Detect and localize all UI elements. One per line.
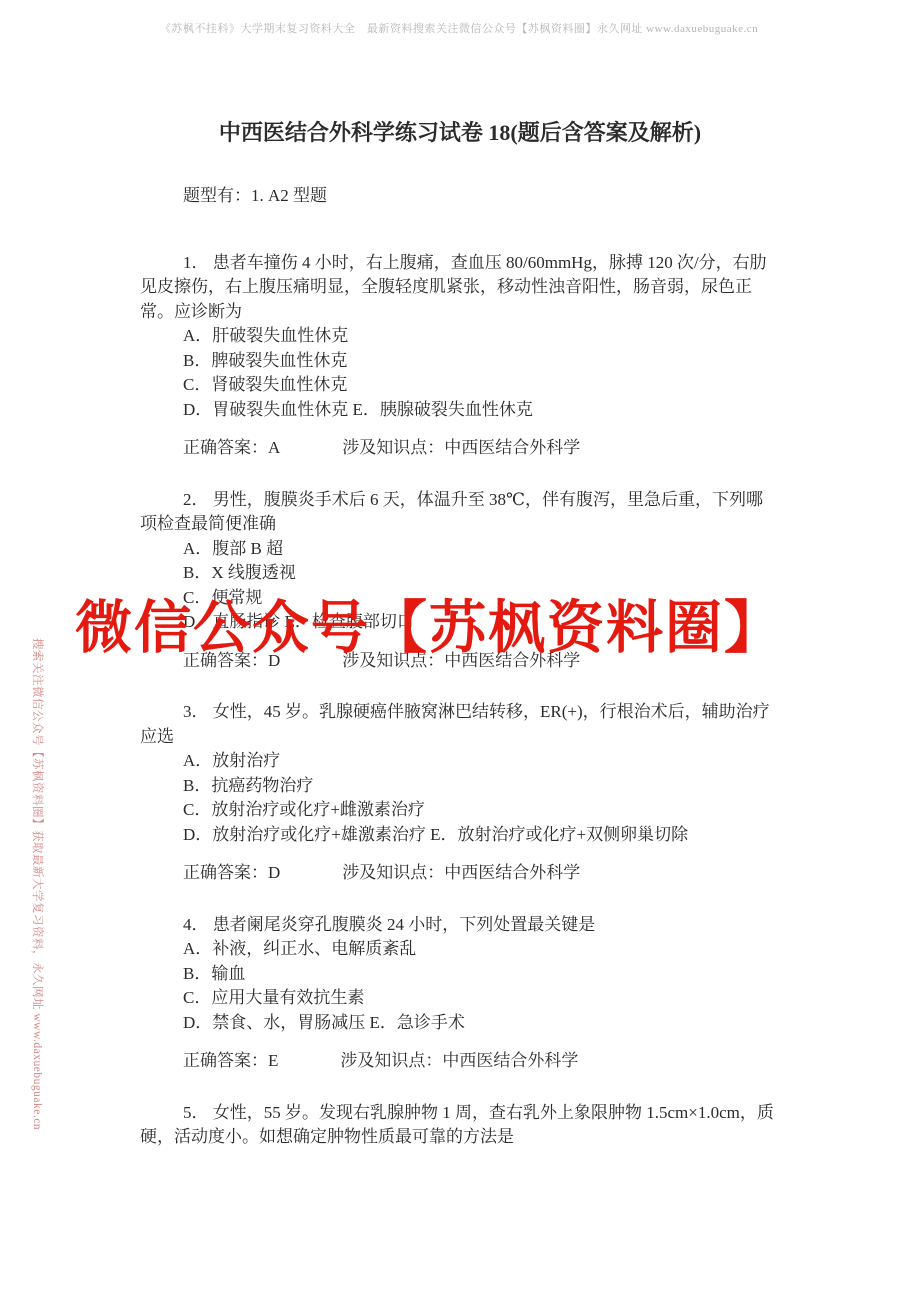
- document-body: 中西医结合外科学练习试卷 18(题后含答案及解析) 题型有：1. A2 型题 1…: [140, 0, 780, 1150]
- option-line: D．放射治疗或化疗+雄激素治疗 E．放射治疗或化疗+双侧卵巢切除: [140, 823, 780, 848]
- option-line: C．便常规: [140, 586, 780, 611]
- question-text: 5． 女性，55 岁。发现右乳腺肿物 1 周，查右乳外上象限肿物 1.5cm×1…: [140, 1101, 780, 1150]
- question-block: 1． 患者车撞伤 4 小时，右上腹痛，查血压 80/60mmHg，脉搏 120 …: [140, 251, 780, 461]
- answer-letter: A: [268, 438, 280, 457]
- knowledge-label: 涉及知识点：: [342, 651, 444, 670]
- questions: 1． 患者车撞伤 4 小时，右上腹痛，查血压 80/60mmHg，脉搏 120 …: [140, 251, 780, 1150]
- correct-answer: 正确答案：A: [183, 438, 280, 457]
- answer-label: 正确答案：: [183, 438, 268, 457]
- option-line: A．放射治疗: [140, 749, 780, 774]
- option-line: A．补液，纠正水、电解质紊乱: [140, 937, 780, 962]
- question-text: 4． 患者阑尾炎穿孔腹膜炎 24 小时，下列处置最关键是: [140, 913, 780, 938]
- knowledge-label: 涉及知识点：: [340, 1051, 442, 1070]
- correct-answer: 正确答案：E: [183, 1051, 278, 1070]
- knowledge-label: 涉及知识点：: [342, 863, 444, 882]
- knowledge-point: 涉及知识点：中西医结合外科学: [340, 1051, 578, 1070]
- question-types-line: 题型有：1. A2 型题: [140, 184, 780, 209]
- knowledge-value: 中西医结合外科学: [444, 438, 580, 457]
- option-line: D．胃破裂失血性休克 E．胰腺破裂失血性休克: [140, 398, 780, 423]
- correct-answer: 正确答案：D: [183, 651, 280, 670]
- answer-line: 正确答案：A涉及知识点：中西医结合外科学: [140, 436, 780, 461]
- answer-label: 正确答案：: [183, 1051, 268, 1070]
- answer-letter: D: [268, 863, 280, 882]
- question-block: 5． 女性，55 岁。发现右乳腺肿物 1 周，查右乳外上象限肿物 1.5cm×1…: [140, 1101, 780, 1150]
- question-block: 2． 男性，腹膜炎手术后 6 天，体温升至 38℃，伴有腹泻，里急后重，下列哪项…: [140, 488, 780, 674]
- knowledge-value: 中西医结合外科学: [442, 1051, 578, 1070]
- knowledge-value: 中西医结合外科学: [444, 863, 580, 882]
- knowledge-point: 涉及知识点：中西医结合外科学: [342, 651, 580, 670]
- knowledge-point: 涉及知识点：中西医结合外科学: [342, 863, 580, 882]
- option-line: C．放射治疗或化疗+雌激素治疗: [140, 798, 780, 823]
- option-line: B．脾破裂失血性休克: [140, 349, 780, 374]
- answer-label: 正确答案：: [183, 651, 268, 670]
- option-line: A．腹部 B 超: [140, 537, 780, 562]
- question-text: 2． 男性，腹膜炎手术后 6 天，体温升至 38℃，伴有腹泻，里急后重，下列哪项…: [140, 488, 780, 537]
- answer-line: 正确答案：D涉及知识点：中西医结合外科学: [140, 649, 780, 674]
- knowledge-label: 涉及知识点：: [342, 438, 444, 457]
- answer-line: 正确答案：E涉及知识点：中西医结合外科学: [140, 1049, 780, 1074]
- side-vertical-note: 搜索关注微信公众号【苏枫资料圈】获取最新大学复习资料，永久网址 www.daxu…: [29, 638, 44, 1093]
- option-line: D．直肠指诊 E．检查腹部切口: [140, 610, 780, 635]
- answer-letter: E: [268, 1051, 278, 1070]
- option-line: B．抗癌药物治疗: [140, 774, 780, 799]
- option-line: C．肾破裂失血性休克: [140, 373, 780, 398]
- option-line: A．肝破裂失血性休克: [140, 324, 780, 349]
- option-line: B．X 线腹透视: [140, 561, 780, 586]
- answer-letter: D: [268, 651, 280, 670]
- question-text: 1． 患者车撞伤 4 小时，右上腹痛，查血压 80/60mmHg，脉搏 120 …: [140, 251, 780, 325]
- question-text: 3． 女性，45 岁。乳腺硬癌伴腋窝淋巴结转移，ER(+)，行根治术后，辅助治疗…: [140, 700, 780, 749]
- option-line: C．应用大量有效抗生素: [140, 986, 780, 1011]
- question-block: 3． 女性，45 岁。乳腺硬癌伴腋窝淋巴结转移，ER(+)，行根治术后，辅助治疗…: [140, 700, 780, 886]
- answer-line: 正确答案：D涉及知识点：中西医结合外科学: [140, 861, 780, 886]
- question-block: 4． 患者阑尾炎穿孔腹膜炎 24 小时，下列处置最关键是A．补液，纠正水、电解质…: [140, 913, 780, 1074]
- option-line: D．禁食、水，胃肠减压 E．急诊手术: [140, 1011, 780, 1036]
- option-line: B．输血: [140, 962, 780, 987]
- page-title: 中西医结合外科学练习试卷 18(题后含答案及解析): [140, 118, 780, 148]
- correct-answer: 正确答案：D: [183, 863, 280, 882]
- knowledge-value: 中西医结合外科学: [444, 651, 580, 670]
- answer-label: 正确答案：: [183, 863, 268, 882]
- knowledge-point: 涉及知识点：中西医结合外科学: [342, 438, 580, 457]
